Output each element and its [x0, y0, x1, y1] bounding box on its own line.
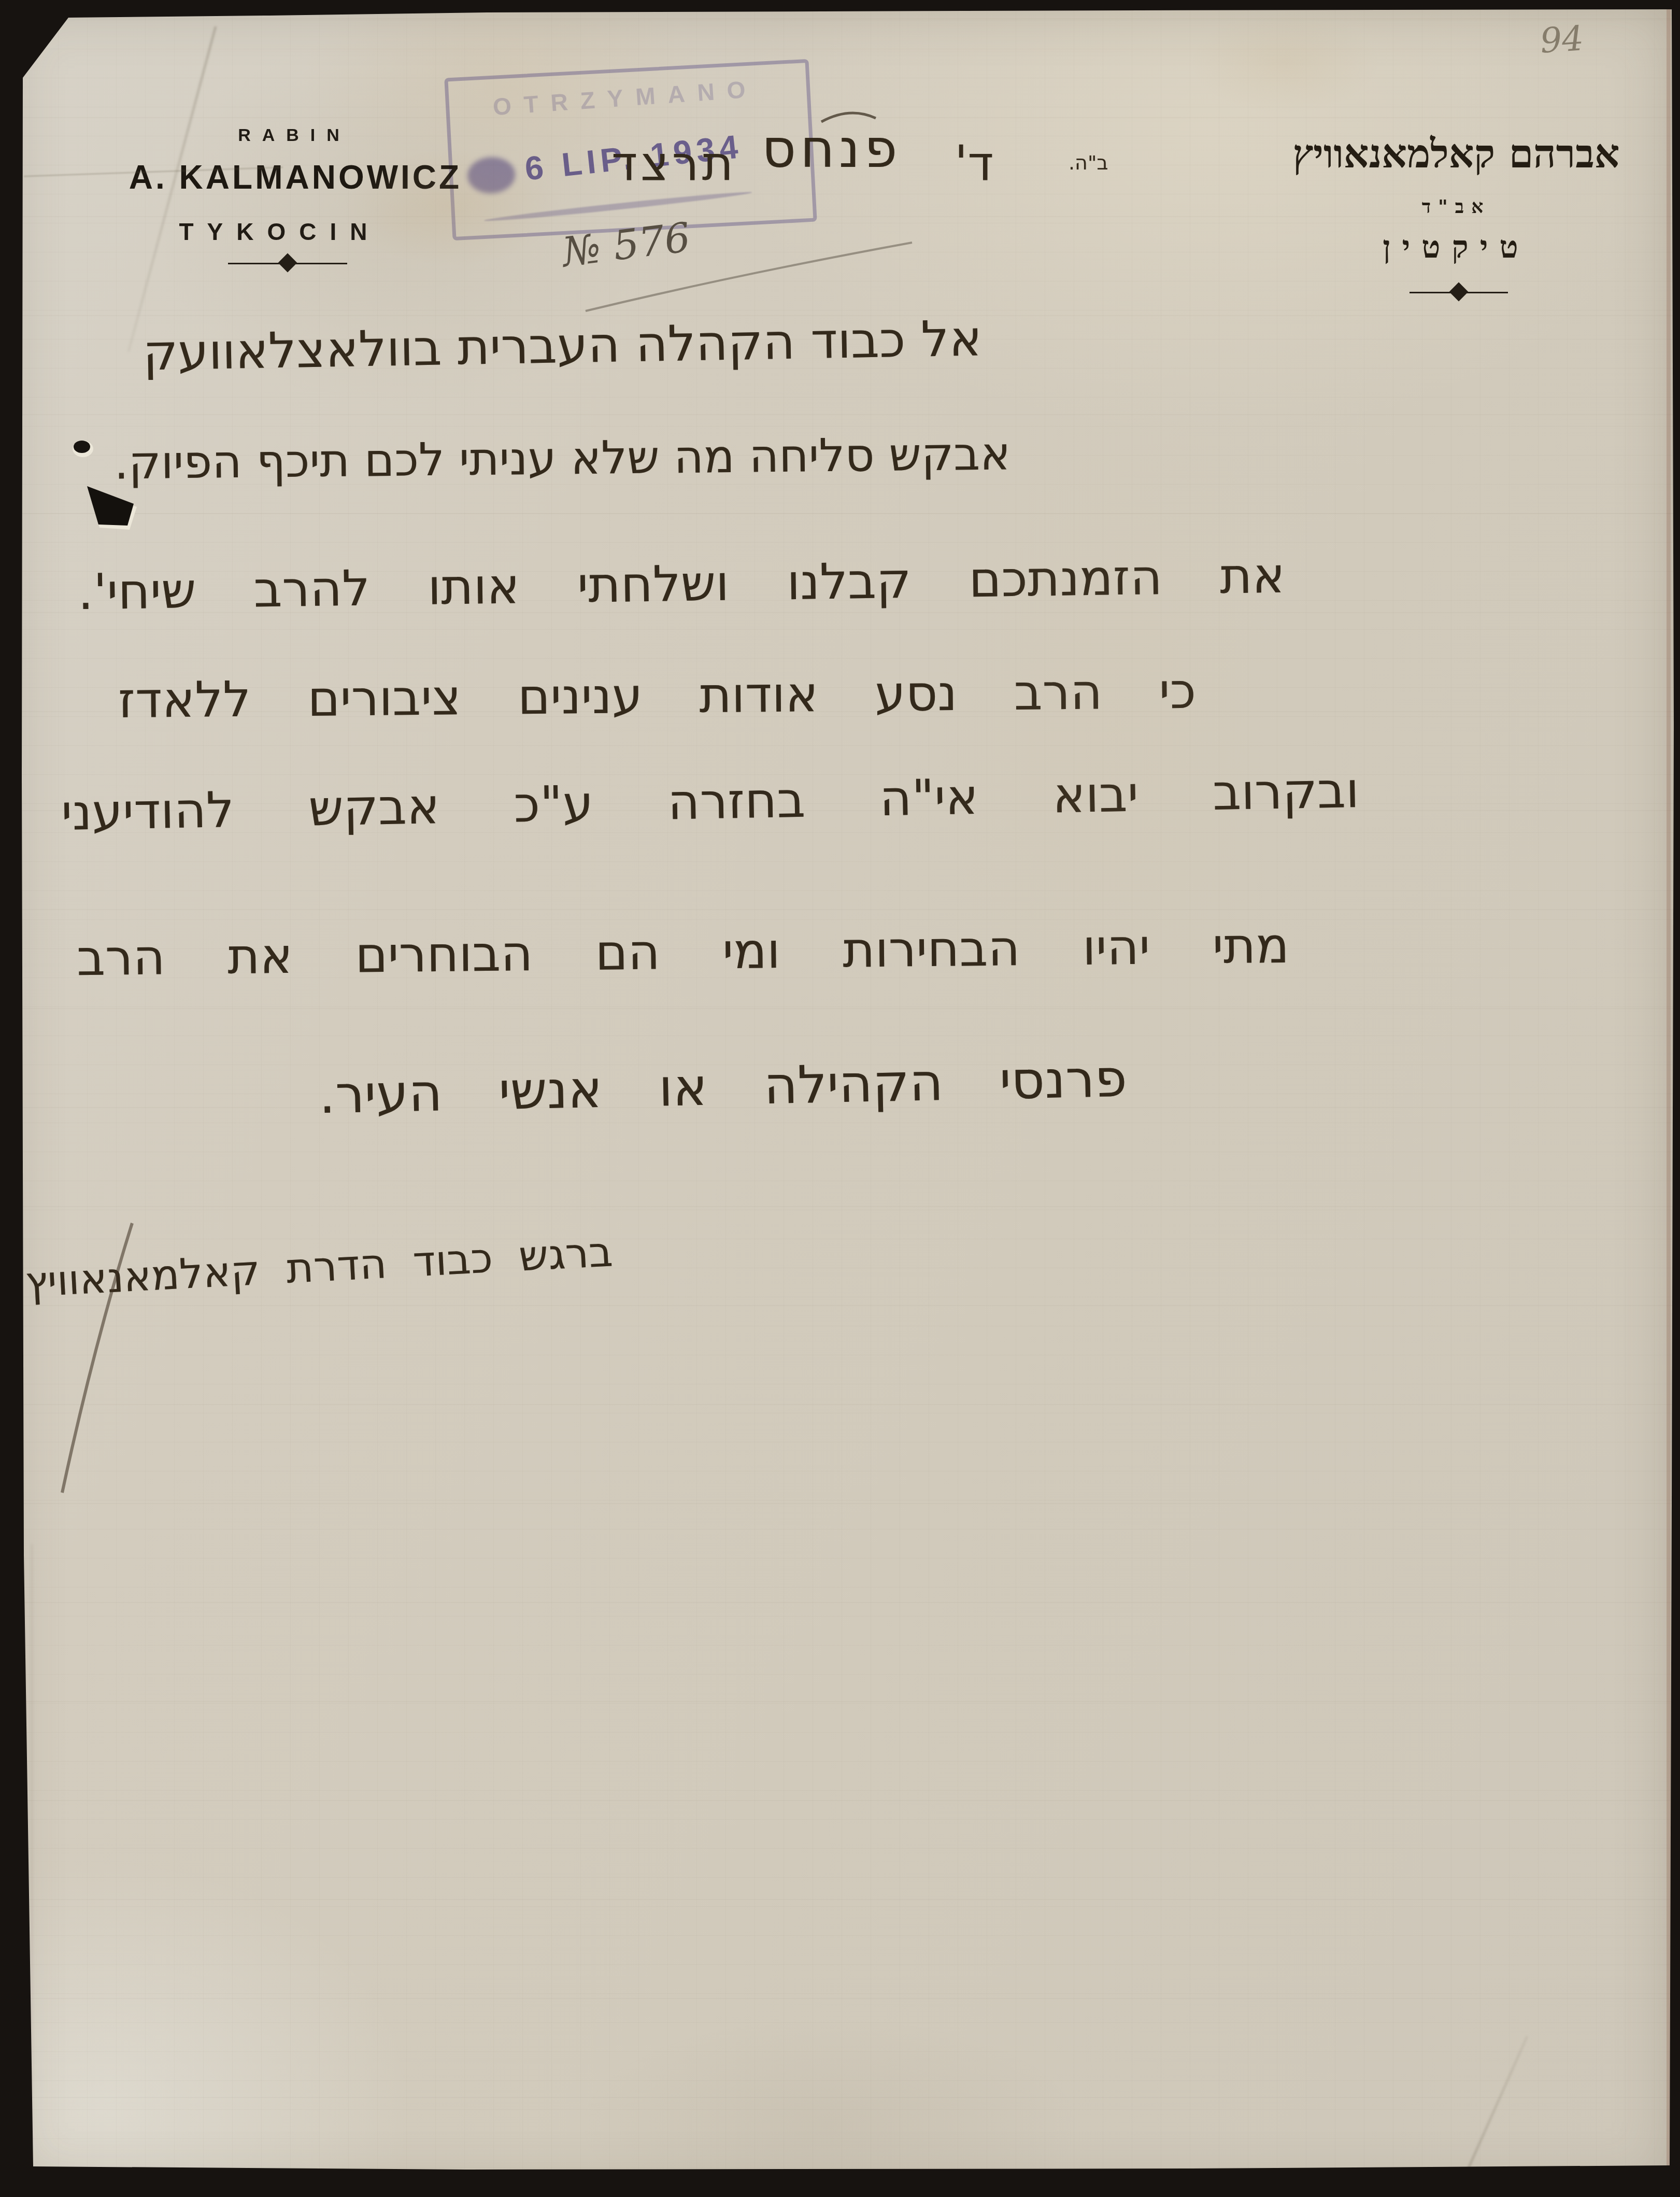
- paper-sheet: RABIN A. KALMANOWICZ TYKOCIN אברהם קאלמא…: [0, 0, 1680, 2197]
- signature-flourish-stroke: [62, 1223, 132, 1493]
- paper-notch: [74, 441, 90, 453]
- scanned-letter-page: RABIN A. KALMANOWICZ TYKOCIN אברהם קאלמא…: [0, 0, 1680, 2197]
- right-edge-shadow: [1667, 0, 1671, 2197]
- pencil-and-damage-overlay: [0, 0, 1680, 2197]
- paper-hole: [87, 486, 134, 526]
- pencil-flourish-line: [586, 243, 912, 311]
- pencil-tilde-mark: [821, 113, 876, 122]
